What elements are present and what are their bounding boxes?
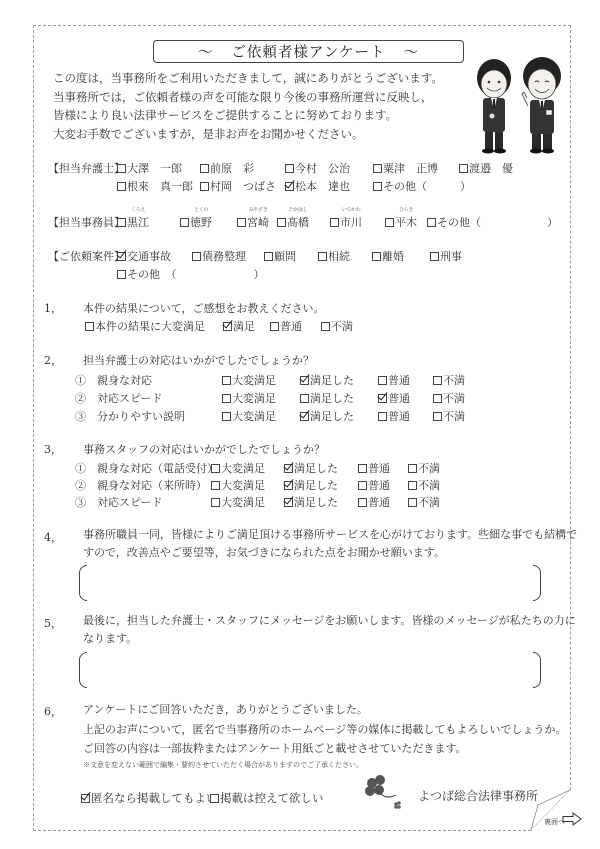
- staff-option[interactable]: みやざき宮崎: [237, 214, 269, 230]
- q4-text: 事務所職員一同，皆様によりご満足頂ける事務所サービスを心がけております。些細な事…: [83, 526, 553, 562]
- option-label: 普通: [368, 496, 390, 509]
- checkbox[interactable]: [117, 270, 126, 279]
- q3-item-label: ① 親身な対応（電話受付）: [75, 460, 218, 476]
- checkbox[interactable]: [200, 182, 209, 191]
- checkbox[interactable]: [408, 498, 417, 507]
- case-label: 【ご依頼案件】: [48, 248, 125, 264]
- q2-option[interactable]: 大変満足: [222, 372, 276, 388]
- checkbox[interactable]: [211, 498, 220, 507]
- option-label: その他（ ）: [383, 180, 471, 193]
- option-label: 顧問: [274, 250, 296, 263]
- option-label: 不満: [443, 374, 465, 387]
- option-label: 大変満足: [221, 479, 265, 492]
- staff-option[interactable]: たかはし髙橋: [277, 214, 309, 230]
- option-label: 大変満足: [232, 392, 276, 405]
- checkbox[interactable]: [459, 164, 468, 173]
- option-label: 普通: [388, 392, 410, 405]
- intro-line: 皆様により良い法律サービスをご提供することに努めております。: [53, 106, 443, 125]
- checkbox[interactable]: [117, 182, 126, 191]
- checkbox-checked[interactable]: [223, 322, 232, 331]
- checkbox[interactable]: [408, 481, 417, 490]
- q6-text: アンケートにご回答いただき，ありがとうございました。 上記のお声について，匿名で…: [83, 700, 553, 759]
- form-frame-bottom: [33, 830, 531, 831]
- q2-option[interactable]: 大変満足: [222, 390, 276, 406]
- checkbox[interactable]: [433, 394, 442, 403]
- checkbox[interactable]: [222, 412, 231, 421]
- checkbox[interactable]: [318, 252, 327, 261]
- q2-option[interactable]: 普通: [378, 390, 410, 406]
- q4-text-line: すので，改善点やご要望等，お気づきになられた点をお聞かせ願います。: [83, 544, 553, 562]
- checkbox[interactable]: [358, 464, 367, 473]
- case-option[interactable]: 相続: [318, 248, 350, 264]
- checkbox-checked[interactable]: [285, 182, 294, 191]
- furigana: いちかわ: [340, 206, 362, 213]
- option-label: 離婚: [382, 250, 404, 263]
- checkbox[interactable]: [117, 218, 126, 227]
- case-option[interactable]: 交通事故: [117, 248, 171, 264]
- option-label: 根來 真一郎: [127, 180, 193, 193]
- lawyer-option[interactable]: 粟津 正博: [373, 160, 438, 176]
- q4-text-line: 事務所職員一同，皆様によりご満足頂ける事務所サービスを心がけております。些細な事…: [83, 526, 553, 544]
- lawyer-option[interactable]: 村岡 つばさ: [200, 178, 276, 194]
- option-label: 匿名なら掲載してもよい: [91, 791, 218, 805]
- option-label: 満足した: [310, 374, 354, 387]
- furigana: たかはし: [287, 206, 309, 213]
- checkbox[interactable]: [433, 376, 442, 385]
- checkbox[interactable]: [200, 164, 209, 173]
- checkbox[interactable]: [300, 394, 309, 403]
- q3-option[interactable]: 満足した: [284, 460, 338, 476]
- checkbox[interactable]: [117, 164, 126, 173]
- staff-option[interactable]: ひらき平木: [385, 214, 417, 230]
- option-label: 髙橋: [287, 216, 309, 229]
- checkbox[interactable]: [270, 322, 279, 331]
- q1-number: 1，: [44, 300, 62, 316]
- option-label: 満足した: [294, 479, 338, 492]
- checkbox[interactable]: [330, 218, 339, 227]
- checkbox-checked[interactable]: [81, 794, 90, 803]
- checkbox[interactable]: [285, 164, 294, 173]
- checkbox[interactable]: [264, 252, 273, 261]
- q2-option[interactable]: 普通: [378, 408, 410, 424]
- q3-item-label: ③ 対応スピード: [75, 494, 163, 510]
- title-deco-left: ～: [198, 41, 214, 62]
- staff-option[interactable]: いちかわ市川: [330, 214, 362, 230]
- checkbox-checked[interactable]: [300, 376, 309, 385]
- q3-option[interactable]: 満足した: [284, 494, 338, 510]
- lawyer-option[interactable]: 松本 達也: [285, 178, 350, 194]
- checkbox[interactable]: [211, 481, 220, 490]
- option-label: 大変満足: [221, 462, 265, 475]
- q2-number: 2，: [44, 352, 62, 368]
- option-label: 粟津 正博: [383, 162, 438, 175]
- option-label: 不満: [443, 392, 465, 405]
- q6-text-line: 上記のお声について，匿名で当事務所のホームページ等の媒体に掲載してもよろしいでし…: [83, 720, 553, 740]
- q2-option[interactable]: 満足した: [300, 390, 354, 406]
- option-label: 債務整理: [202, 250, 246, 263]
- q5-text: 最後に，担当した弁護士・スタッフにメッセージをお願いします。皆様のメッセージが私…: [83, 612, 553, 648]
- case-option[interactable]: その他 （ ）: [117, 266, 265, 282]
- option-label: 普通: [388, 410, 410, 423]
- option-label: 普通: [368, 462, 390, 475]
- checkbox[interactable]: [192, 252, 201, 261]
- checkbox[interactable]: [408, 464, 417, 473]
- intro-text: この度は，当事務所をご利用いただきまして，誠にありがとうございます。 当事務所で…: [53, 69, 443, 143]
- option-label: 不満: [418, 462, 440, 475]
- checkbox[interactable]: [237, 218, 246, 227]
- checkbox[interactable]: [373, 164, 382, 173]
- option-label: 普通: [280, 320, 302, 333]
- intro-line: 当事務所では，ご依頼者様の声を可能な限り今後の事務所運営に反映し，: [53, 88, 443, 107]
- option-label: その他 （ ）: [127, 268, 265, 281]
- clover-logo-icon: [362, 773, 412, 811]
- lawyer-option[interactable]: 今村 公治: [285, 160, 350, 176]
- q2-item-label: ② 対応スピード: [75, 390, 163, 406]
- checkbox[interactable]: [358, 498, 367, 507]
- checkbox[interactable]: [211, 464, 220, 473]
- option-label: 大変満足: [232, 410, 276, 423]
- furigana: ひらき: [395, 206, 417, 213]
- lawyer-option[interactable]: 大澤 一郎: [117, 160, 182, 176]
- q3-option[interactable]: 普通: [358, 494, 390, 510]
- q3-item-label: ② 親身な対応（来所時）: [75, 477, 207, 493]
- q6-text-line: ご回答の内容は一部抜粋またはアンケート用紙ごと載せさせていただきます。: [83, 739, 553, 759]
- option-label: 不満: [331, 320, 353, 333]
- staff-option[interactable]: とくの徳野: [180, 214, 212, 230]
- staff-option[interactable]: その他（ ）: [427, 214, 558, 230]
- q6-option[interactable]: 匿名なら掲載してもよい: [81, 790, 218, 806]
- option-label: 大変満足: [232, 374, 276, 387]
- intro-line: 大変お手数でございますが，是非お声をお聞かせください。: [53, 125, 443, 144]
- bracket-right: [533, 565, 541, 601]
- case-section: 【ご依頼案件】 交通事故 債務整理 顧問 相続 離婚 刑事 その他 （ ）: [0, 248, 600, 288]
- option-label: 相続: [328, 250, 350, 263]
- q3-option[interactable]: 普通: [358, 460, 390, 476]
- checkbox-checked[interactable]: [284, 498, 293, 507]
- checkbox[interactable]: [385, 218, 394, 227]
- option-label: 平木: [395, 216, 417, 229]
- title-deco-right: ～: [404, 41, 420, 62]
- option-label: その他（ ）: [437, 216, 558, 229]
- q3-option[interactable]: 満足した: [284, 477, 338, 493]
- option-label: 黒江: [127, 216, 149, 229]
- option-label: 村岡 つばさ: [210, 180, 276, 193]
- q1-option[interactable]: 不満: [321, 318, 353, 334]
- checkbox[interactable]: [427, 218, 436, 227]
- q2-option[interactable]: 満足した: [300, 408, 354, 424]
- option-label: 不満: [418, 496, 440, 509]
- q1-option[interactable]: 普通: [270, 318, 302, 334]
- bracket-left: [79, 652, 87, 688]
- q3-option[interactable]: 普通: [358, 477, 390, 493]
- case-option[interactable]: 刑事: [430, 248, 462, 264]
- option-label: 徳野: [190, 216, 212, 229]
- q3-option[interactable]: 不満: [408, 494, 440, 510]
- checkbox[interactable]: [222, 394, 231, 403]
- q5-answer-field[interactable]: [79, 652, 541, 688]
- checkbox-checked[interactable]: [300, 412, 309, 421]
- checkbox-checked[interactable]: [284, 464, 293, 473]
- case-option[interactable]: 債務整理: [192, 248, 246, 264]
- q2-option[interactable]: 普通: [378, 372, 410, 388]
- lawyer-option[interactable]: 根來 真一郎: [117, 178, 193, 194]
- option-label: 渡邉 優: [469, 162, 513, 175]
- q6-number: 6，: [44, 703, 62, 719]
- q3-number: 3，: [44, 441, 62, 457]
- q2-option[interactable]: 不満: [433, 408, 465, 424]
- checkbox[interactable]: [222, 376, 231, 385]
- option-label: 満足した: [294, 462, 338, 475]
- checkbox[interactable]: [373, 182, 382, 191]
- staff-section: 【担当事務員】 くろえ黒江 とくの徳野 みやざき宮崎 たかはし髙橋 いちかわ市川…: [0, 214, 600, 230]
- option-label: 大澤 一郎: [127, 162, 182, 175]
- q3-option[interactable]: 不満: [408, 460, 440, 476]
- q1-option[interactable]: 満足: [223, 318, 255, 334]
- option-label: 市川: [340, 216, 362, 229]
- q2-text: 担当弁護士の対応はいかがでしたでしょうか？: [83, 352, 314, 368]
- option-label: 今村 公治: [295, 162, 350, 175]
- q6-option[interactable]: 掲載は控えて欲しい: [210, 790, 324, 806]
- checkbox[interactable]: [277, 218, 286, 227]
- furigana: とくの: [190, 206, 212, 213]
- option-label: 松本 達也: [295, 180, 350, 193]
- lawyer-section: 【担当弁護士】 大澤 一郎 前原 彩 今村 公治 粟津 正博 渡邉 優 根來 真…: [0, 160, 600, 200]
- bracket-right: [533, 652, 541, 688]
- option-label: 不満: [443, 410, 465, 423]
- q2-option[interactable]: 大変満足: [222, 408, 276, 424]
- q2-option[interactable]: 不満: [433, 372, 465, 388]
- option-label: 満足した: [310, 410, 354, 423]
- lawyer-label: 【担当弁護士】: [48, 160, 125, 176]
- arrow-right-icon[interactable]: [562, 812, 582, 826]
- q2-option[interactable]: 満足した: [300, 372, 354, 388]
- page-title: ～ ご依頼者様アンケート ～: [153, 40, 464, 63]
- firm-name: よつば総合法律事務所: [418, 787, 538, 804]
- q3-option[interactable]: 大変満足: [211, 494, 265, 510]
- checkbox[interactable]: [378, 376, 387, 385]
- q3-option[interactable]: 不満: [408, 477, 440, 493]
- checkbox-checked[interactable]: [378, 394, 387, 403]
- checkbox[interactable]: [378, 412, 387, 421]
- lawyer-option[interactable]: 前原 彩: [200, 160, 254, 176]
- q3-option[interactable]: 大変満足: [211, 477, 265, 493]
- checkbox[interactable]: [430, 252, 439, 261]
- option-label: 掲載は控えて欲しい: [220, 791, 324, 805]
- lawyer-mascots-illustration: [462, 54, 572, 157]
- q2-item-label: ③ 分かりやすい説明: [75, 408, 185, 424]
- q5-number: 5，: [44, 615, 62, 631]
- case-option[interactable]: 顧問: [264, 248, 296, 264]
- checkbox[interactable]: [372, 252, 381, 261]
- furigana: みやざき: [247, 206, 269, 213]
- checkbox[interactable]: [358, 481, 367, 490]
- bracket-left: [79, 565, 87, 601]
- q2-option[interactable]: 不満: [433, 390, 465, 406]
- q3-text: 事務スタッフの対応はいかがでしたでしょうか？: [83, 441, 325, 457]
- checkbox[interactable]: [180, 218, 189, 227]
- q4-number: 4，: [44, 529, 62, 545]
- q3-option[interactable]: 大変満足: [211, 460, 265, 476]
- option-label: 普通: [368, 479, 390, 492]
- checkbox[interactable]: [85, 322, 94, 331]
- q5-text-line: なります。: [83, 630, 553, 648]
- furigana: くろえ: [127, 206, 149, 213]
- case-option[interactable]: 離婚: [372, 248, 404, 264]
- option-label: 大変満足: [221, 496, 265, 509]
- title-text: ご依頼者様アンケート: [231, 41, 385, 62]
- option-label: 普通: [388, 374, 410, 387]
- option-label: 不満: [418, 479, 440, 492]
- q4-answer-field[interactable]: [79, 565, 541, 601]
- staff-label: 【担当事務員】: [48, 214, 125, 230]
- option-label: 満足: [233, 320, 255, 333]
- option-label: 前原 彩: [210, 162, 254, 175]
- q1-text: 本件の結果について，ご感想をお教えください。: [83, 300, 325, 316]
- option-label: 満足した: [294, 496, 338, 509]
- checkbox[interactable]: [210, 794, 219, 803]
- intro-line: この度は，当事務所をご利用いただきまして，誠にありがとうございます。: [53, 69, 443, 88]
- q5-text-line: 最後に，担当した弁護士・スタッフにメッセージをお願いします。皆様のメッセージが私…: [83, 612, 553, 630]
- option-label: 満足した: [310, 392, 354, 405]
- option-label: 刑事: [440, 250, 462, 263]
- option-label: 宮崎: [247, 216, 269, 229]
- q1-option[interactable]: 本件の結果に大変満足: [85, 318, 205, 334]
- checkbox[interactable]: [321, 322, 330, 331]
- checkbox[interactable]: [433, 412, 442, 421]
- option-label: 本件の結果に大変満足: [95, 320, 205, 333]
- checkbox-checked[interactable]: [117, 252, 126, 261]
- q6-text-line: アンケートにご回答いただき，ありがとうございました。: [83, 700, 553, 720]
- checkbox-checked[interactable]: [284, 481, 293, 490]
- q2-item-label: ① 親身な対応: [75, 372, 152, 388]
- option-label: 交通事故: [127, 250, 171, 263]
- lawyer-option[interactable]: 渡邉 優: [459, 160, 513, 176]
- staff-option[interactable]: くろえ黒江: [117, 214, 149, 230]
- lawyer-option[interactable]: その他（ ）: [373, 178, 471, 194]
- q6-note: ※文意を変えない範囲で編集・要約させていただく場合がありますのでご了承ください。: [83, 760, 363, 770]
